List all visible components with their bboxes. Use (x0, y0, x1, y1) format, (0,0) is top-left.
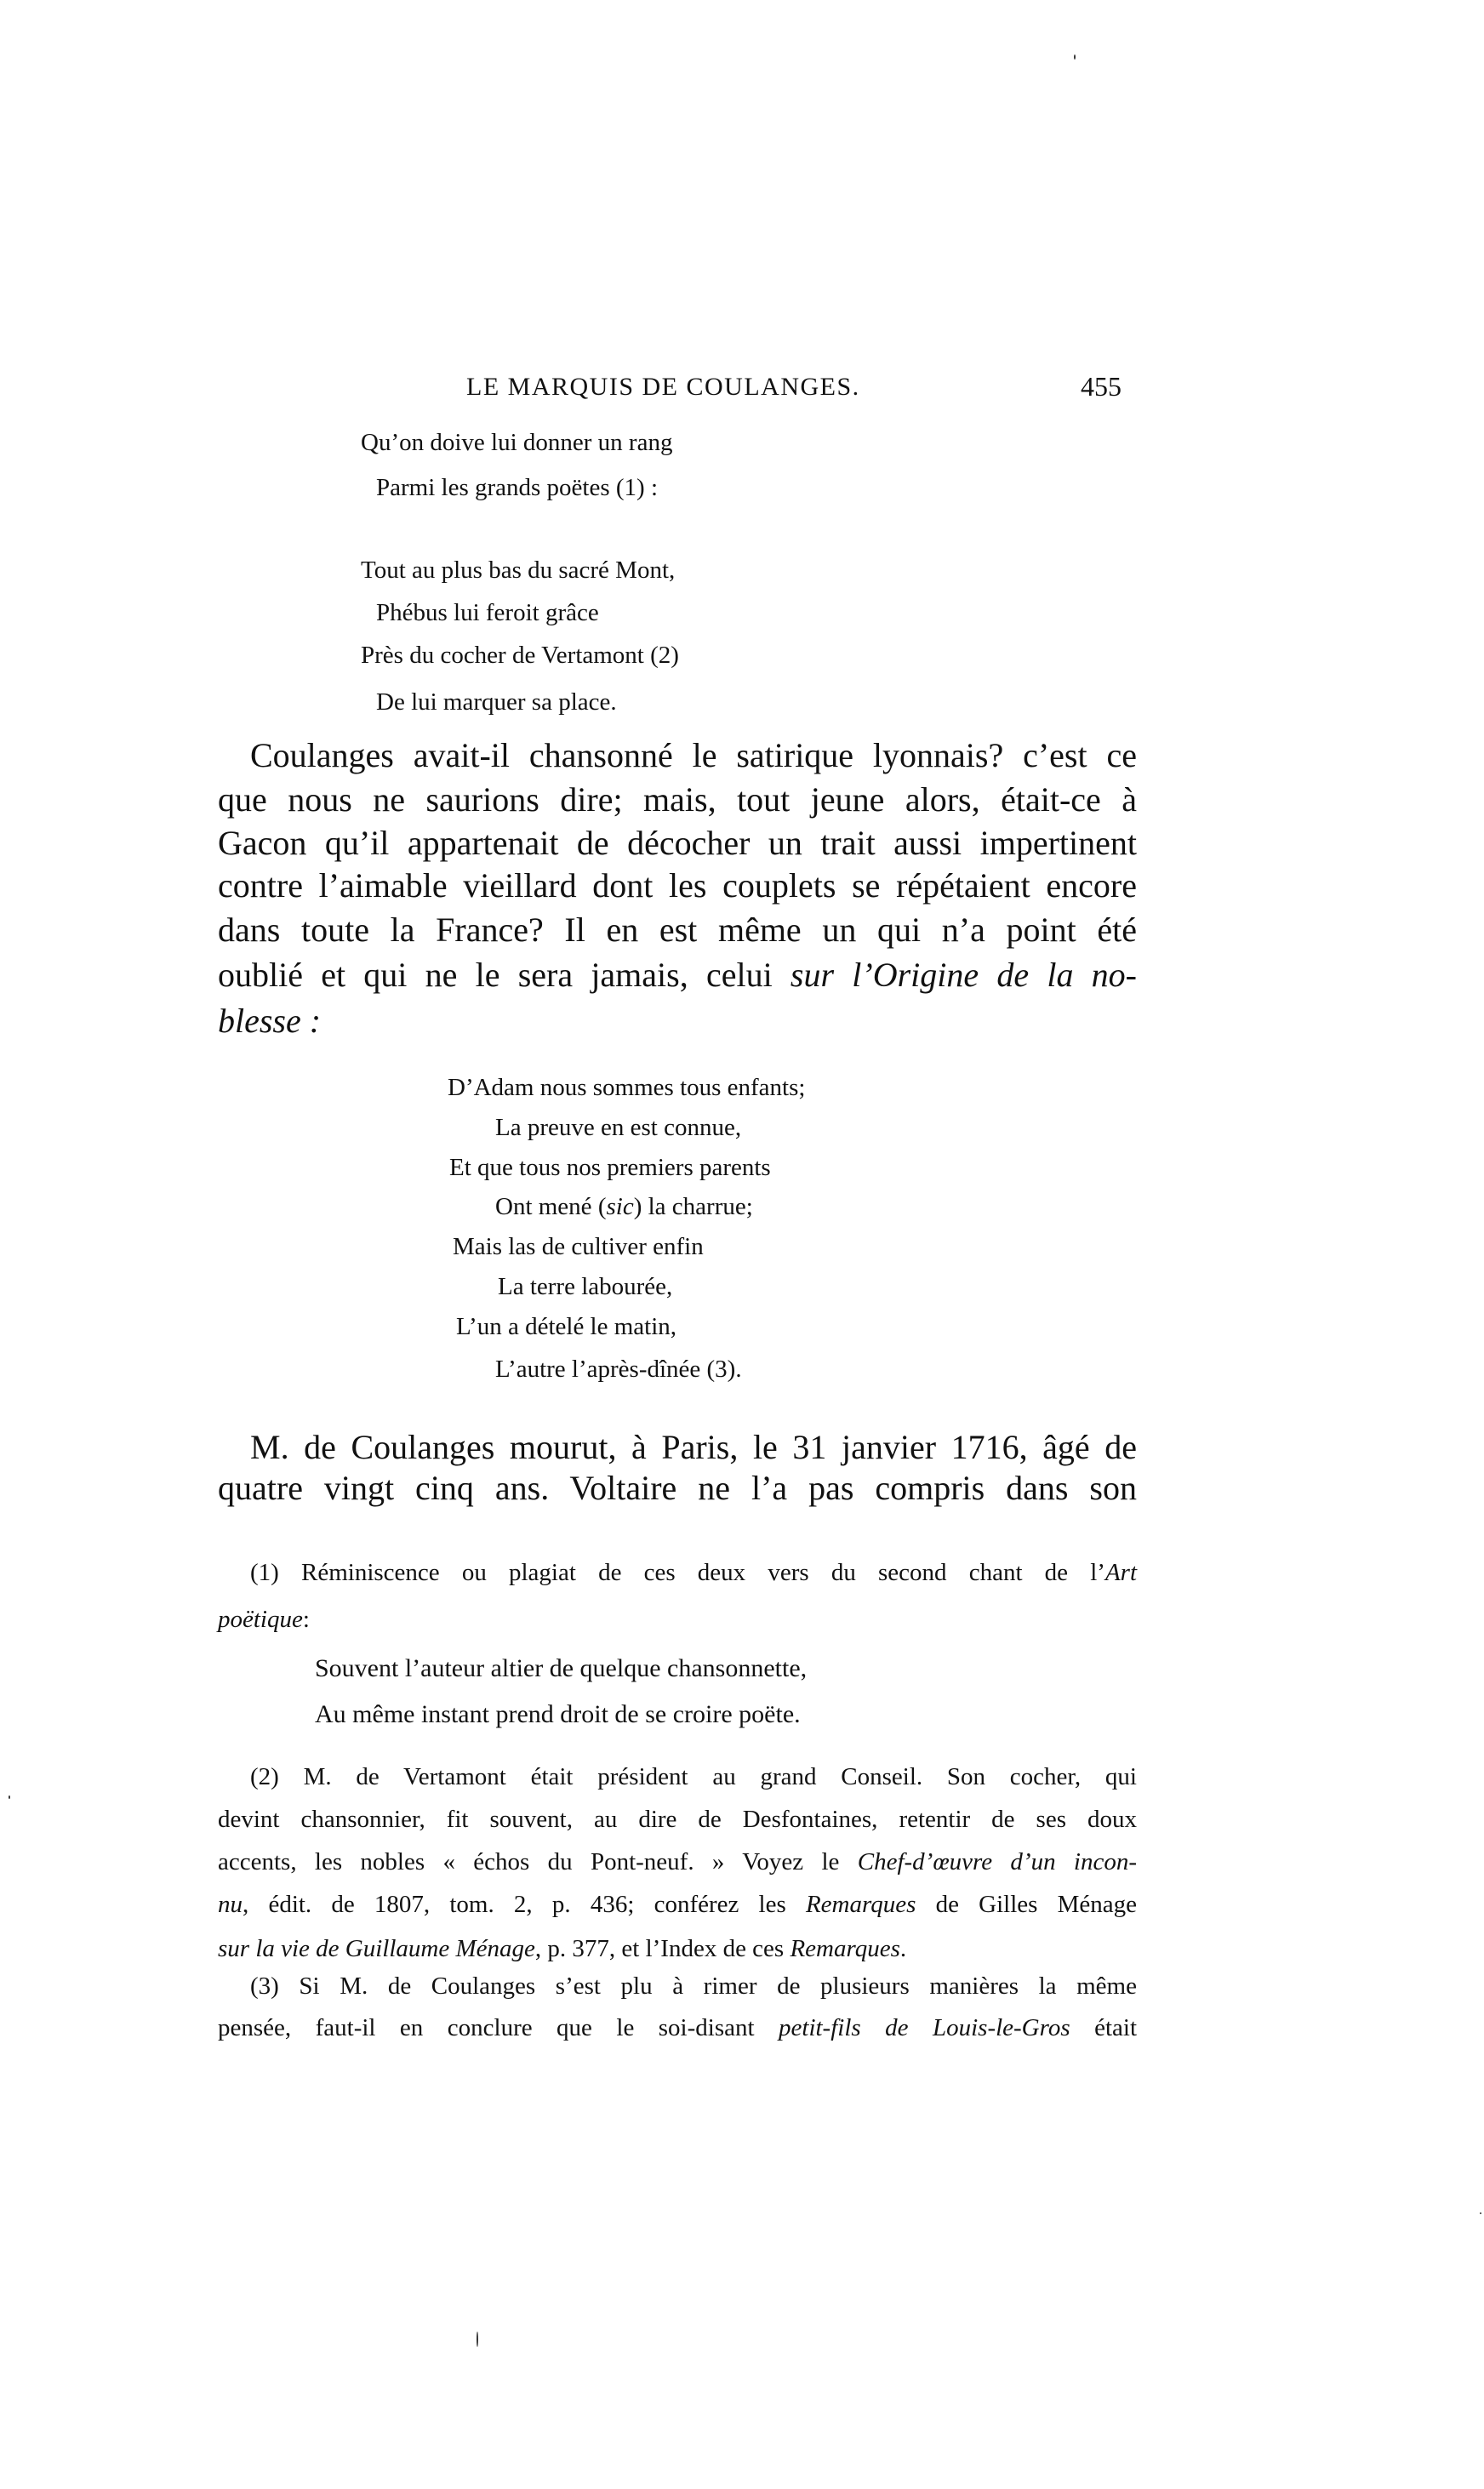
paragraph-line: dans toute la France? Il en est même un … (218, 913, 1137, 947)
italic-title: sur l’Origine de la no- (791, 956, 1137, 994)
text-run: ( (592, 1193, 607, 1220)
verse-line: La preuve en est connue, (495, 1116, 741, 1140)
verse-line: L’un a dételé le matin, (456, 1315, 676, 1339)
paragraph-line: Coulanges avait-il chansonné le satiriqu… (218, 739, 1137, 773)
text-run: pensée, faut-il en conclure que le soi-d… (218, 2014, 779, 2041)
text-run: oublié et qui ne le sera jamais, celui (218, 956, 791, 994)
italic-run: nu (218, 1891, 243, 1918)
italic-title: blesse : (218, 1002, 321, 1040)
scan-speck (1480, 2212, 1481, 2214)
paragraph-line: blesse : (218, 1004, 321, 1038)
paragraph-line: quatre vingt cinq ans. Voltaire ne l’a p… (218, 1471, 1137, 1505)
italic-title: Art (1105, 1559, 1137, 1586)
text-run: de Gilles Ménage (916, 1891, 1137, 1918)
verse-line: Qu’on doive lui donner un rang (361, 431, 672, 455)
italic-title: Remarques (806, 1891, 916, 1918)
footnote-line: (2) M. de Vertamont était président au g… (218, 1765, 1137, 1790)
text-run: , p. 377, et l’Index de ces (535, 1935, 791, 1962)
text-run: ) la charrue; (634, 1193, 753, 1220)
verse-line: Phébus lui feroit grâce (376, 601, 599, 625)
quoted-verse-line: Souvent l’auteur altier de quelque chans… (315, 1656, 807, 1681)
italic-title: poëtique (218, 1606, 303, 1633)
text-run: , édit. de 1807, tom. 2, p. 436; confére… (243, 1891, 806, 1918)
scan-speck (477, 2332, 478, 2347)
verse-line: Parmi les grands poëtes (1) : (376, 476, 658, 500)
verse-line: L’autre l’après-dînée (3). (495, 1357, 742, 1382)
italic-title: sur la vie de Guillaume Ménage (218, 1935, 535, 1962)
paragraph-line: contre l’aimable vieillard dont les coup… (218, 869, 1137, 903)
footnote-line: nu, édit. de 1807, tom. 2, p. 436; confé… (218, 1892, 1137, 1917)
footnote-line: accents, les nobles « échos du Pont-neuf… (218, 1850, 1137, 1875)
footnote-line: (1) Réminiscence ou plagiat de ces deux … (218, 1561, 1137, 1585)
verse-line: La terre labourée, (498, 1275, 672, 1299)
text-run: . (900, 1935, 906, 1962)
verse-line: D’Adam nous sommes tous enfants; (448, 1076, 805, 1100)
italic-title: Chef-d’œuvre d’un incon- (858, 1848, 1137, 1875)
text-run: était (1070, 2014, 1137, 2041)
verse-line: Ont mené (sic) la charrue; (495, 1195, 753, 1219)
verse-line: Mais las de cultiver enfin (453, 1235, 704, 1259)
sic-italic: sic (606, 1193, 633, 1220)
book-page: LE MARQUIS DE COULANGES. 455 Qu’on doive… (0, 0, 1484, 2489)
italic-title: Remarques (790, 1935, 899, 1962)
paragraph-line: oublié et qui ne le sera jamais, celui s… (218, 958, 1137, 992)
italic-title: petit-fils de Louis-le-Gros (779, 2014, 1070, 2041)
paragraph-line: Gacon qu’il appartenait de décocher un t… (218, 826, 1137, 860)
paragraph-line: M. de Coulanges mourut, à Paris, le 31 j… (218, 1430, 1137, 1464)
text-run: (1) Réminiscence ou plagiat de ces deux … (250, 1559, 1105, 1586)
verse-line: Près du cocher de Vertamont (2) (361, 643, 679, 668)
quoted-verse-line: Au même instant prend droit de se croire… (315, 1702, 801, 1727)
footnote-line: devint chansonnier, fit souvent, au dire… (218, 1807, 1137, 1832)
verse-line: De lui marquer sa place. (376, 690, 617, 715)
verse-line: Tout au plus bas du sacré Mont, (361, 558, 675, 583)
text-run: Ont mené (495, 1193, 592, 1220)
footnote-line: sur la vie de Guillaume Ménage, p. 377, … (218, 1937, 906, 1961)
page-number: 455 (1081, 373, 1122, 400)
footnote-line: (3) Si M. de Coulanges s’est plu à rimer… (218, 1974, 1137, 1999)
paragraph-line: que nous ne saurions dire; mais, tout je… (218, 783, 1137, 817)
running-title: LE MARQUIS DE COULANGES. (466, 374, 860, 400)
scan-speck (1074, 54, 1076, 60)
footnote-line: poëtique: (218, 1607, 310, 1632)
text-run: accents, les nobles « échos du Pont-neuf… (218, 1848, 858, 1875)
footnote-line: pensée, faut-il en conclure que le soi-d… (218, 2016, 1137, 2041)
scan-speck (9, 1795, 10, 1799)
text-run: : (303, 1606, 310, 1633)
verse-line: Et que tous nos premiers parents (449, 1156, 771, 1180)
